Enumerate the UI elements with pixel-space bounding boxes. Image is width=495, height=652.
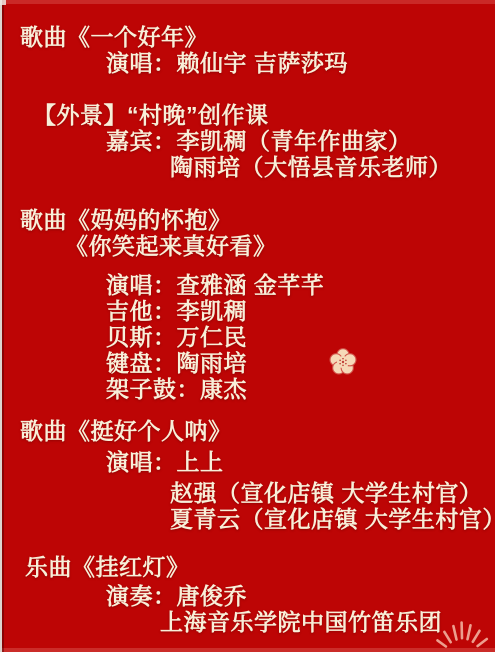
- credit-line: 演唱：赖仙宇 吉萨莎玛: [106, 50, 495, 76]
- song-title: 乐曲《挂红灯》: [25, 554, 495, 580]
- credit-line: 赵强（宣化店镇 大学生村官）: [170, 480, 495, 506]
- song-title: 歌曲《挺好个人呐》: [20, 418, 495, 444]
- program-section-song-3: 歌曲《挺好个人呐》 演唱：上上 赵强（宣化店镇 大学生村官） 夏青云（宣化店镇 …: [0, 418, 495, 532]
- credit-line: 演奏：唐俊乔: [106, 583, 495, 609]
- credit-line: 吉他：李凯稠: [106, 298, 495, 324]
- credit-line: 演唱：上上: [106, 449, 495, 475]
- credit-line: 嘉宾：李凯稠（青年作曲家）: [106, 128, 495, 154]
- frame-edge-bottom: [0, 648, 495, 652]
- credit-line: 夏青云（宣化店镇 大学生村官）: [170, 506, 495, 532]
- segment-title: 【外景】“村晚”创作课: [33, 102, 495, 128]
- program-list: 歌曲《一个好年》 演唱：赖仙宇 吉萨莎玛 【外景】“村晚”创作课 嘉宾：李凯稠（…: [0, 0, 495, 635]
- firework-icon: [432, 616, 494, 652]
- program-section-segment: 【外景】“村晚”创作课 嘉宾：李凯稠（青年作曲家） 陶雨培（大悟县音乐老师）: [0, 102, 495, 180]
- program-section-song-2: 歌曲《妈妈的怀抱》 《你笑起来真好看》 演唱：查雅涵 金芊芊 吉他：李凯稠 贝斯…: [0, 207, 495, 402]
- frame-corner-artifact: [0, 0, 6, 5]
- program-section-song-4: 乐曲《挂红灯》 演奏：唐俊乔 上海音乐学院中国竹笛乐团: [0, 554, 495, 635]
- frame-edge-left-shadow: [2, 0, 4, 652]
- credit-line: 演唱：查雅涵 金芊芊: [106, 272, 495, 298]
- program-poster: 歌曲《一个好年》 演唱：赖仙宇 吉萨莎玛 【外景】“村晚”创作课 嘉宾：李凯稠（…: [0, 0, 495, 652]
- frame-edge-top: [0, 0, 495, 4]
- song-title-secondary: 《你笑起来真好看》: [65, 233, 495, 259]
- credit-line: 架子鼓：康杰: [106, 376, 495, 402]
- credit-line: 贝斯：万仁民: [106, 324, 495, 350]
- program-section-song-1: 歌曲《一个好年》 演唱：赖仙宇 吉萨莎玛: [0, 24, 495, 76]
- plum-blossom-icon: [327, 346, 359, 378]
- credit-line: 键盘：陶雨培: [106, 350, 495, 376]
- credit-line: 陶雨培（大悟县音乐老师）: [170, 154, 495, 180]
- song-title: 歌曲《一个好年》: [20, 24, 495, 50]
- song-title: 歌曲《妈妈的怀抱》: [20, 207, 495, 233]
